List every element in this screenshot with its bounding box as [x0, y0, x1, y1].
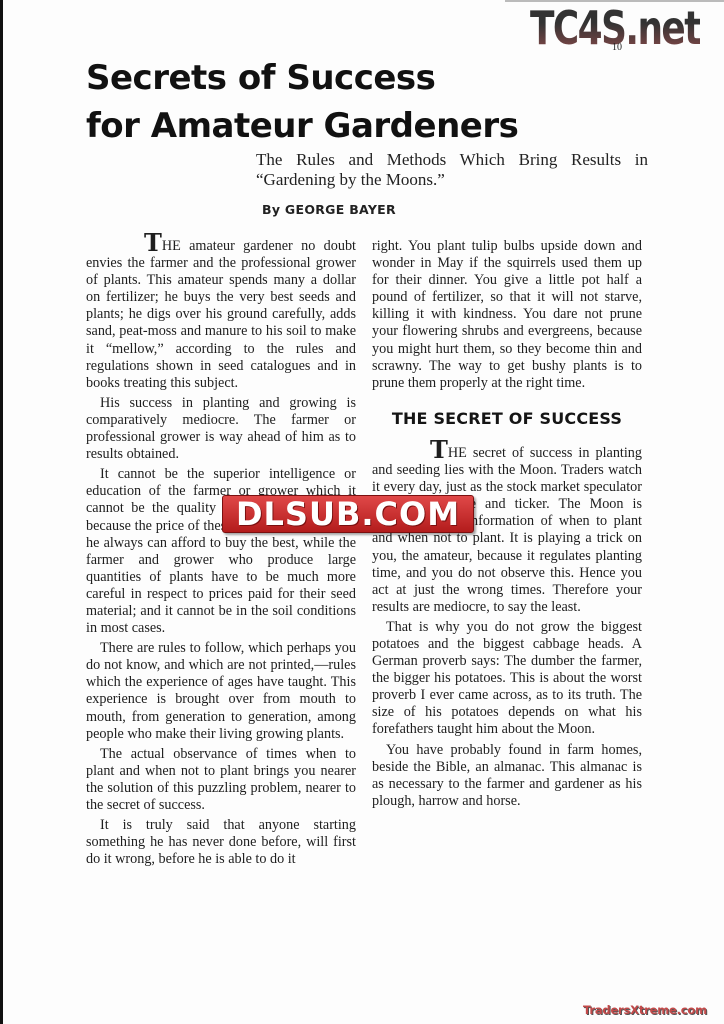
article-subtitle: The Rules and Methods Which Bring Result…: [256, 150, 648, 190]
paragraph: It is truly said that anyone starting so…: [86, 817, 356, 868]
watermark-bottom: TradersXtreme.com: [583, 1003, 707, 1017]
page-left-edge: [0, 0, 3, 1024]
byline: By GEORGE BAYER: [262, 202, 396, 217]
title-line-1: Secrets of Success: [86, 54, 518, 102]
page-number: 10: [612, 42, 622, 53]
drop-cap: T: [430, 435, 448, 464]
left-column: THE amateur gardener no doubt envies the…: [86, 234, 356, 871]
drop-cap: T: [144, 228, 162, 257]
paragraph: It cannot be the superior intelligence o…: [86, 466, 356, 637]
paragraph: His success in planting and growing is c…: [86, 395, 356, 463]
article-title: Secrets of Success for Amateur Gardeners: [86, 54, 518, 150]
section-heading: THE SECRET OF SUCCESS: [372, 410, 642, 427]
paragraph: There are rules to follow, which perhaps…: [86, 640, 356, 743]
watermark-middle: DLSUB.COM: [222, 495, 474, 533]
title-line-2: for Amateur Gardeners: [86, 106, 518, 146]
paragraph: The actual observance of times when to p…: [86, 746, 356, 814]
paragraph: THE amateur gardener no doubt envies the…: [86, 234, 356, 392]
paragraph: You have probably found in farm homes, b…: [372, 742, 642, 810]
paragraph: right. You plant tulip bulbs upside down…: [372, 238, 642, 392]
paragraph: That is why you do not grow the biggest …: [372, 619, 642, 739]
